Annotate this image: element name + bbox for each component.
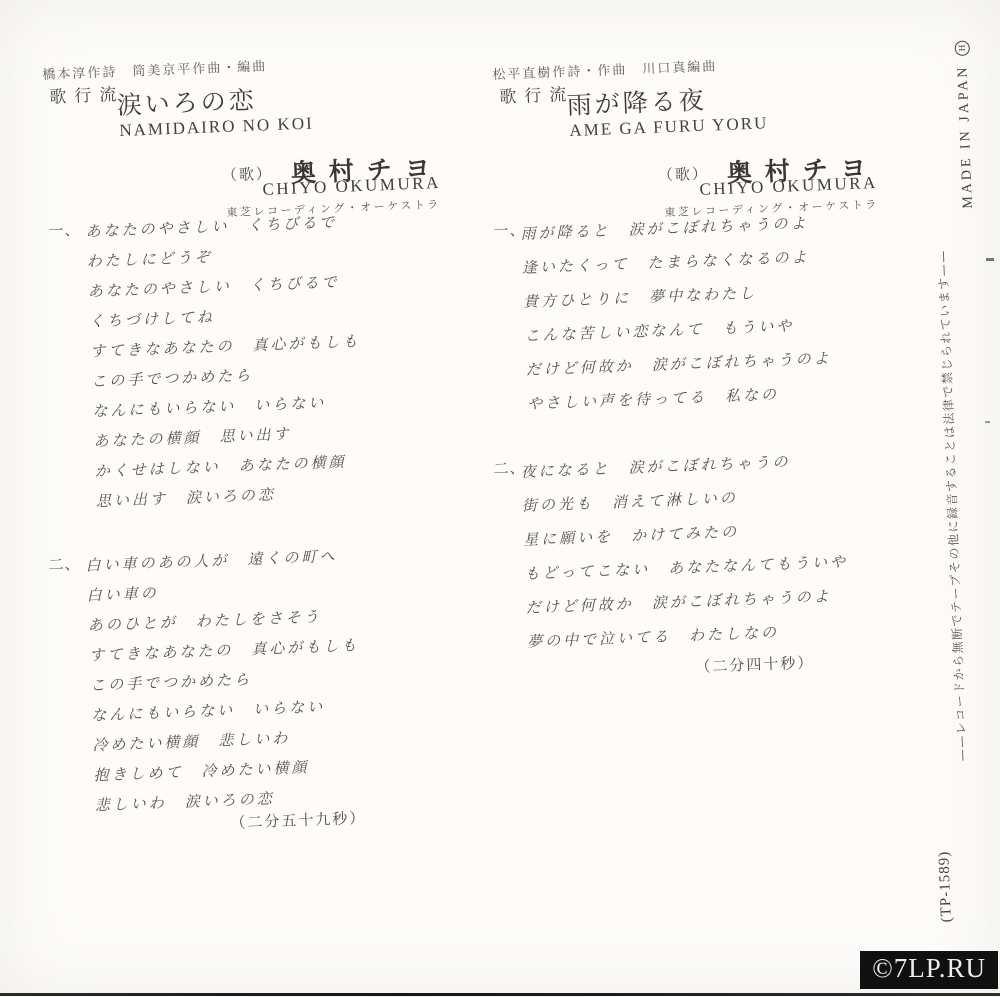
- verse-1: 一、 雨が降ると 涙がこぼれちゃうのよ逢いたくって たまらなくなるのよ貴方ひとり…: [493, 205, 834, 422]
- verse-marker: 二、: [48, 551, 86, 575]
- verse-1: 一、 あなたのやさしい くちびるでわたしにどうぞあなたのやさしい くちびるでくち…: [48, 206, 367, 518]
- verse-marker: 一、: [48, 217, 86, 241]
- verse-2: 二、 夜になると 涙がこぼれちゃうの街の光も 消えて淋しいの星に願いを かけてみ…: [493, 443, 851, 660]
- verse-lines: 白い車のあの人が 遠くの町へ白い車のあのひとが わたしをさそうすてきなあなたの …: [85, 540, 366, 820]
- verse-marker: 一、: [493, 217, 521, 241]
- circled-h-mark-icon: H: [954, 40, 970, 56]
- scan-speck: [986, 258, 994, 261]
- verse-2: 二、 白い車のあの人が 遠くの町へ白い車のあのひとが わたしをさそうすてきなあな…: [48, 540, 366, 822]
- verse-lines: 雨が降ると 涙がこぼれちゃうのよ逢いたくって たまらなくなるのよ貴方ひとりに 夢…: [520, 205, 834, 421]
- verse-lines: 夜になると 涙がこぼれちゃうの街の光も 消えて淋しいの星に願いを かけてみたのも…: [520, 443, 851, 659]
- genre-label: 流行歌: [43, 85, 119, 108]
- watermark: ©7LP.RU: [860, 951, 998, 989]
- scan-speck: [985, 421, 990, 423]
- genre-label: 流行歌: [493, 85, 569, 108]
- verse-marker: 二、: [493, 455, 521, 479]
- verse-lines: あなたのやさしい くちびるでわたしにどうぞあなたのやさしい くちびるでくちづけし…: [85, 206, 367, 516]
- bottom-bar: [0, 993, 1000, 996]
- catalog-number: (TP-1589): [936, 838, 957, 935]
- made-in-japan-text: MADE IN JAPANH: [939, 41, 978, 222]
